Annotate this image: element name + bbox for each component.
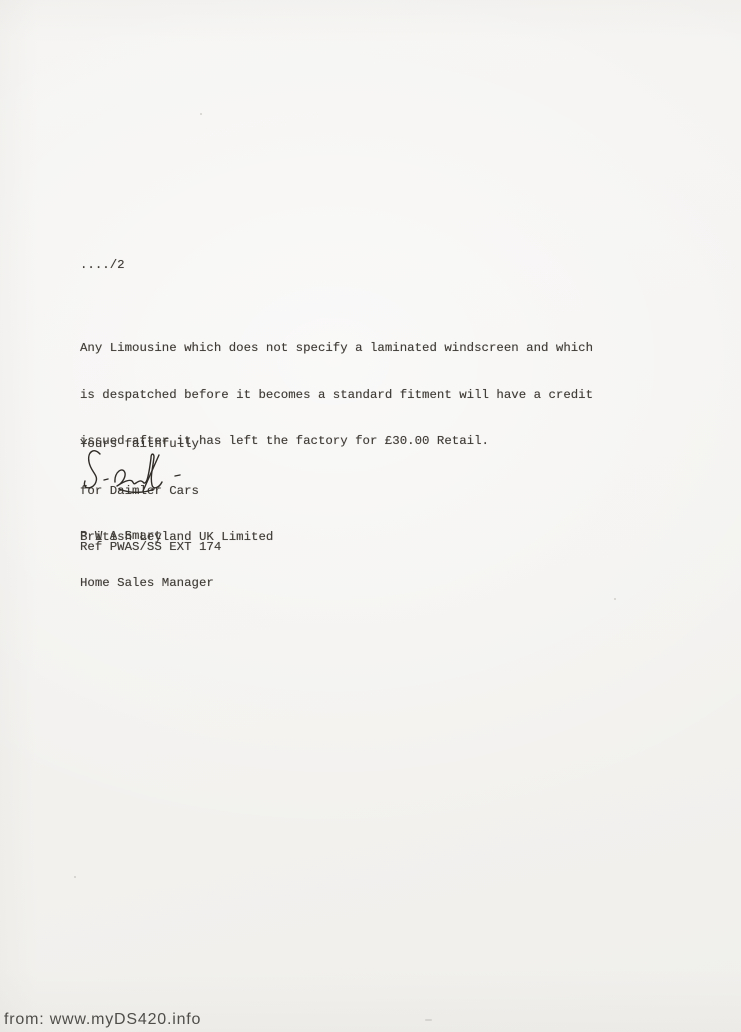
- paragraph-line: Any Limousine which does not specify a l…: [80, 341, 593, 357]
- signature-icon: [79, 446, 189, 500]
- signer-block: P W A Smart Home Sales Manager: [80, 498, 214, 622]
- scanned-letter-page: ..../2 Any Limousine which does not spec…: [0, 0, 741, 1032]
- paragraph-line: is despatched before it becomes a standa…: [80, 388, 593, 404]
- handwritten-signature: [79, 446, 189, 500]
- page-continuation-marker: ..../2: [80, 258, 125, 274]
- reference-line: Ref PWAS/SS EXT 174: [80, 540, 221, 556]
- signer-title: Home Sales Manager: [80, 576, 214, 592]
- paper-speck: [200, 113, 202, 115]
- paper-speck: [425, 1019, 432, 1021]
- paper-speck: [74, 876, 76, 878]
- paper-speck: [614, 598, 616, 600]
- source-watermark: from: www.myDS420.info: [4, 1010, 201, 1029]
